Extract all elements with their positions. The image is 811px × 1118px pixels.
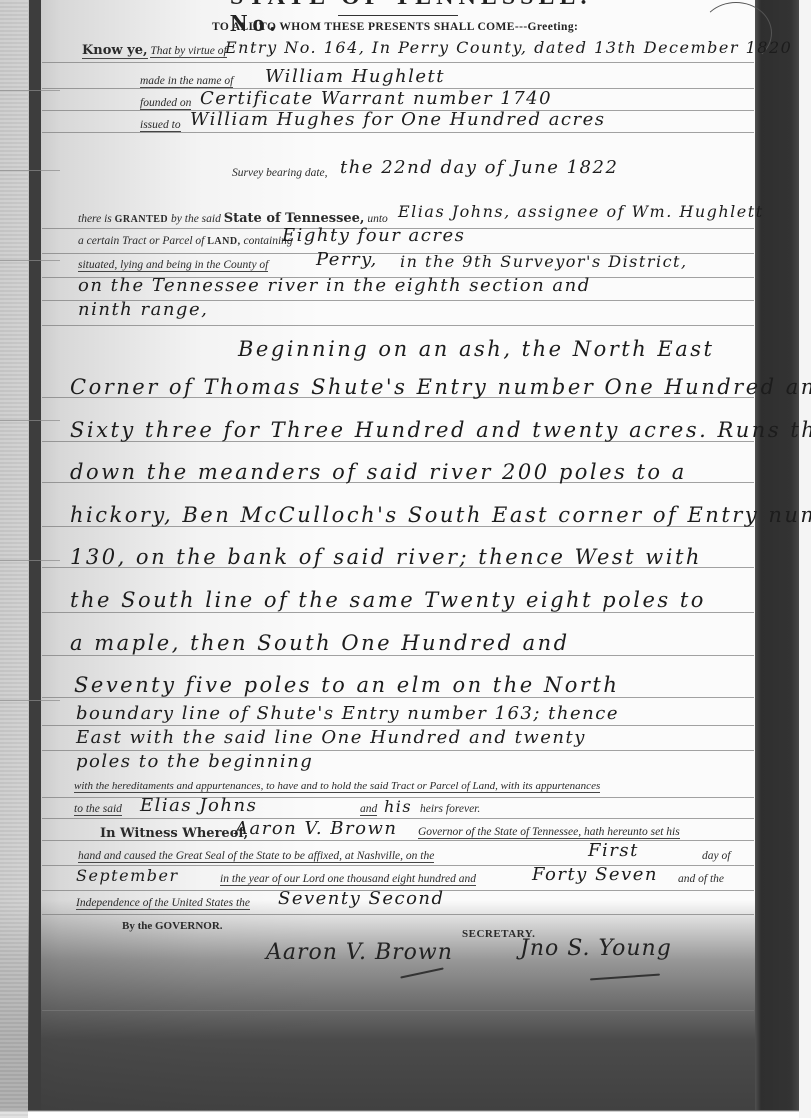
ruled-line (42, 1010, 754, 1011)
grantee: Elias Johns, assignee of Wm. Hughlett (398, 202, 764, 221)
made-in-name-label: made in the name of (140, 75, 233, 88)
boundary-line: hickory, Ben McCulloch's South East corn… (70, 503, 811, 527)
situated-label: situated, lying and being in the County … (78, 259, 268, 272)
entry-text: Entry No. 164, In Perry County, dated 13… (225, 38, 792, 57)
left-page-edge (0, 0, 28, 1118)
boundary-line: Seventy five poles to an elm on the Nort… (74, 673, 619, 697)
know-ye-label: Know ye, (82, 43, 148, 59)
founded-on-label: founded on (140, 97, 191, 110)
tract-caps: LAND, (207, 236, 240, 247)
year-post: and of the (678, 873, 724, 885)
binding-strip (29, 0, 41, 1110)
secretary-signature: Jno S. Young (520, 936, 672, 961)
ruled-line (42, 725, 754, 726)
signature-flourish (590, 974, 660, 981)
location-line-1: in the 9th Surveyor's District, (400, 252, 688, 271)
boundary-line: Sixty three for Three Hundred and twenty… (70, 418, 811, 442)
year-label: in the year of our Lord one thousand eig… (220, 873, 476, 886)
boundary-line: Beginning on an ash, the North East (238, 337, 715, 361)
habendum-line-1: with the hereditaments and appurtenances… (74, 780, 600, 793)
day-value: First (588, 840, 639, 861)
and-label: and (360, 803, 377, 816)
by-virtue-label: That by virtue of (150, 45, 226, 58)
boundary-line: East with the said line One Hundred and … (76, 727, 586, 748)
ruled-line (42, 62, 754, 63)
boundary-line: a maple, then South One Hundred and (70, 631, 570, 655)
ruled-line (42, 818, 754, 819)
granted-pre: there is (78, 213, 112, 225)
boundary-line: Corner of Thomas Shute's Entry number On… (70, 375, 811, 399)
by-governor-label: By the GOVERNOR. (122, 920, 223, 932)
survey-label: Survey bearing date, (232, 167, 328, 179)
document-scan: STATE OF TENNESSEE.---No. TO ALL TO WHOM… (0, 0, 811, 1118)
header-rule (338, 15, 458, 16)
issued-to-label: issued to (140, 119, 181, 132)
year-value: Forty Seven (532, 864, 658, 885)
granted-caps: GRANTED (115, 214, 169, 225)
to-the-said-label: to the said (74, 803, 122, 816)
seal-line: hand and caused the Great Seal of the St… (78, 850, 434, 863)
ruled-line (42, 612, 754, 613)
ruled-line (42, 914, 754, 915)
know-ye-line: Know ye, That by virtue of (82, 43, 227, 58)
tract-line: a certain Tract or Parcel of LAND, conta… (78, 235, 293, 247)
right-page-edge (799, 0, 811, 1118)
granted-post: by the said (171, 213, 221, 225)
margin-rule (0, 560, 60, 561)
survey-date: the 22nd day of June 1822 (340, 157, 618, 178)
acreage: Eighty four acres (282, 225, 465, 246)
location-line-3: ninth range, (78, 299, 208, 320)
heirs-label: heirs forever. (420, 803, 480, 815)
state-label: State of Tennessee, (224, 211, 365, 226)
independence-value: Seventy Second (278, 888, 445, 909)
independence-label: Independence of the United States the (76, 897, 250, 910)
boundary-line: boundary line of Shute's Entry number 16… (76, 703, 619, 724)
margin-rule (0, 260, 60, 261)
in-witness-whereof: In Witness Whereof, (100, 826, 248, 841)
margin-rule (0, 420, 60, 421)
boundary-line: the South line of the same Twenty eight … (70, 588, 706, 612)
ruled-line (42, 325, 754, 326)
greeting: TO ALL TO WHOM THESE PRESENTS SHALL COME… (212, 21, 578, 33)
boundary-line: 130, on the bank of said river; thence W… (70, 545, 702, 569)
founded-on-value: Certificate Warrant number 1740 (200, 88, 552, 109)
ruled-line (42, 697, 754, 698)
boundary-line: poles to the beginning (76, 751, 313, 772)
ruled-line (42, 132, 754, 133)
governor-label: Governor of the State of Tennessee, hath… (418, 826, 680, 839)
tract-pre: a certain Tract or Parcel of (78, 235, 204, 247)
habendum-grantee: Elias Johns (140, 795, 257, 816)
in-witness-label: In Witness Whereof, (100, 826, 248, 841)
governor-name: Aaron V. Brown (235, 818, 397, 839)
issued-to-value: William Hughes for One Hundred acres (190, 109, 606, 130)
margin-rule (0, 170, 60, 171)
ruled-line (42, 655, 754, 656)
county: Perry, (316, 249, 378, 270)
governor-signature: Aaron V. Brown (266, 940, 453, 965)
right-dark-band (755, 0, 799, 1110)
pronoun: his (384, 797, 412, 816)
signature-flourish (400, 967, 443, 978)
month-value: September (76, 866, 179, 885)
unto-label: unto (367, 213, 387, 225)
day-label: day of (702, 850, 730, 862)
granted-line: there is GRANTED by the said State of Te… (78, 211, 388, 226)
margin-rule (0, 700, 60, 701)
made-in-name-value: William Hughlett (265, 66, 445, 87)
boundary-line: down the meanders of said river 200 pole… (70, 460, 687, 484)
location-line-2: on the Tennessee river in the eighth sec… (78, 275, 591, 296)
margin-rule (0, 90, 60, 91)
